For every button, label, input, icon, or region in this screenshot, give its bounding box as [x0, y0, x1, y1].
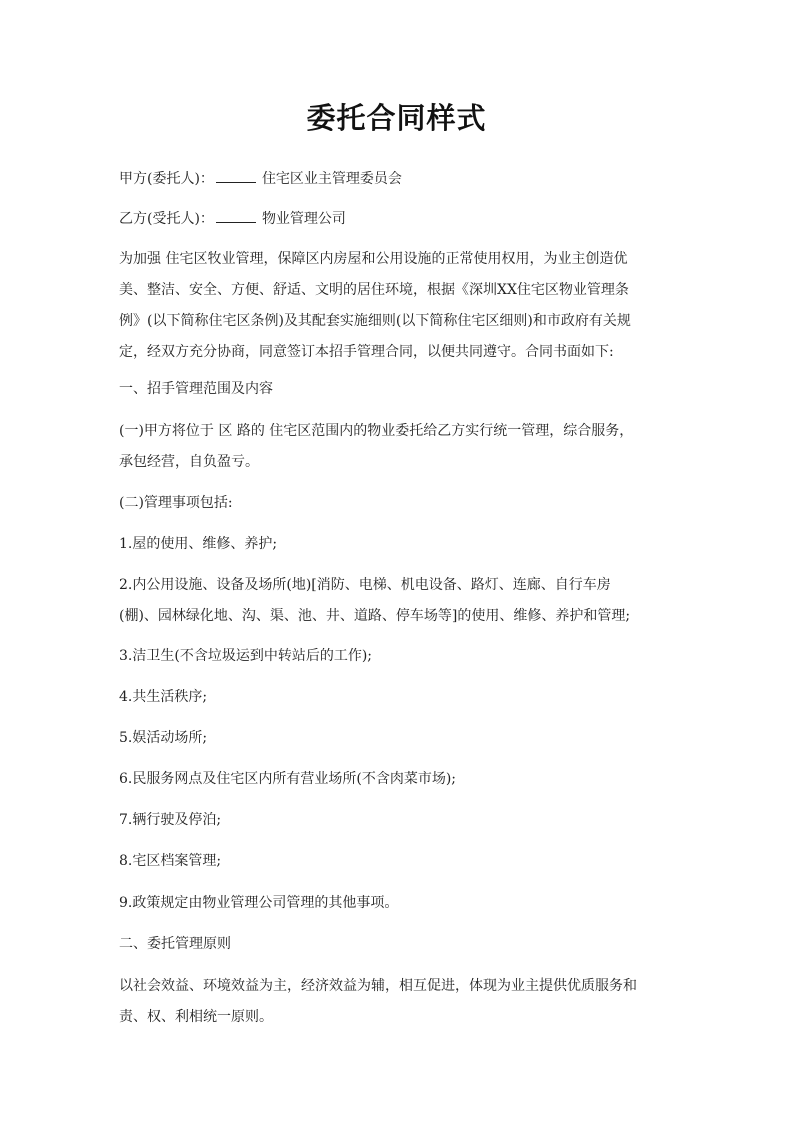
section1-item2-heading: (二)管理事项包括: — [119, 492, 233, 512]
section1-item1-line: 承包经营，自负盈亏。 — [119, 451, 259, 471]
party-a-line: 甲方(委托人)：住宅区业主管理委员会 — [119, 168, 402, 188]
party-a-label: 甲方(委托人)： — [119, 171, 214, 187]
list-item: 9.政策规定由物业管理公司管理的其他事项。 — [119, 892, 398, 912]
section1-item1-line: (一)甲方将位于 区 路的 住宅区范围内的物业委托给乙方实行统一管理，综合服务， — [119, 420, 633, 440]
list-item: 3.洁卫生(不含垃圾运到中转站后的工作); — [119, 645, 372, 665]
section2-body-line: 责、权、利相统一原则。 — [119, 1006, 273, 1026]
party-a-value: 住宅区业主管理委员会 — [262, 171, 402, 187]
party-b-label: 乙方(受托人)： — [119, 211, 214, 227]
list-item: 4.共生活秩序; — [119, 686, 207, 706]
intro-line: 定，经双方充分协商，同意签订本招手管理合同，以便共同遵守。合同书面如下: — [119, 341, 614, 361]
party-b-value: 物业管理公司 — [262, 211, 346, 227]
section2-heading: 二、委托管理原则 — [119, 933, 231, 953]
list-item: 7.辆行驶及停泊; — [119, 809, 221, 829]
intro-line: 例》(以下简称住宅区条例)及其配套实施细则(以下简称住宅区细则)和市政府有关规 — [119, 310, 631, 330]
list-item: 1.屋的使用、维修、养护; — [119, 533, 277, 553]
party-b-blank — [216, 210, 256, 223]
intro-line: 为加强 住宅区牧业管理，保障区内房屋和公用设施的正常使用权用，为业主创造优 — [119, 248, 627, 268]
section1-heading: 一、招手管理范围及内容 — [119, 378, 273, 398]
list-item: 8.宅区档案管理; — [119, 850, 221, 870]
document-title: 委托合同样式 — [0, 96, 793, 137]
list-item: (棚)、园林绿化地、沟、渠、池、井、道路、停车场等]的使用、维修、养护和管理; — [119, 605, 630, 625]
list-item: 5.娱活动场所; — [119, 727, 207, 747]
party-b-line: 乙方(受托人)：物业管理公司 — [119, 208, 346, 228]
party-a-blank — [216, 170, 256, 183]
list-item: 6.民服务网点及住宅区内所有营业场所(不含肉菜市场); — [119, 768, 456, 788]
list-item: 2.内公用设施、设备及场所(地)[消防、电梯、机电设备、路灯、连廊、自行车房 — [119, 574, 611, 594]
section2-body-line: 以社会效益、环境效益为主，经济效益为辅，相互促进，体现为业主提供优质服务和 — [119, 975, 637, 995]
intro-line: 美、整洁、安全、方便、舒适、文明的居住环境，根据《深圳XX住宅区物业管理条 — [119, 279, 629, 299]
